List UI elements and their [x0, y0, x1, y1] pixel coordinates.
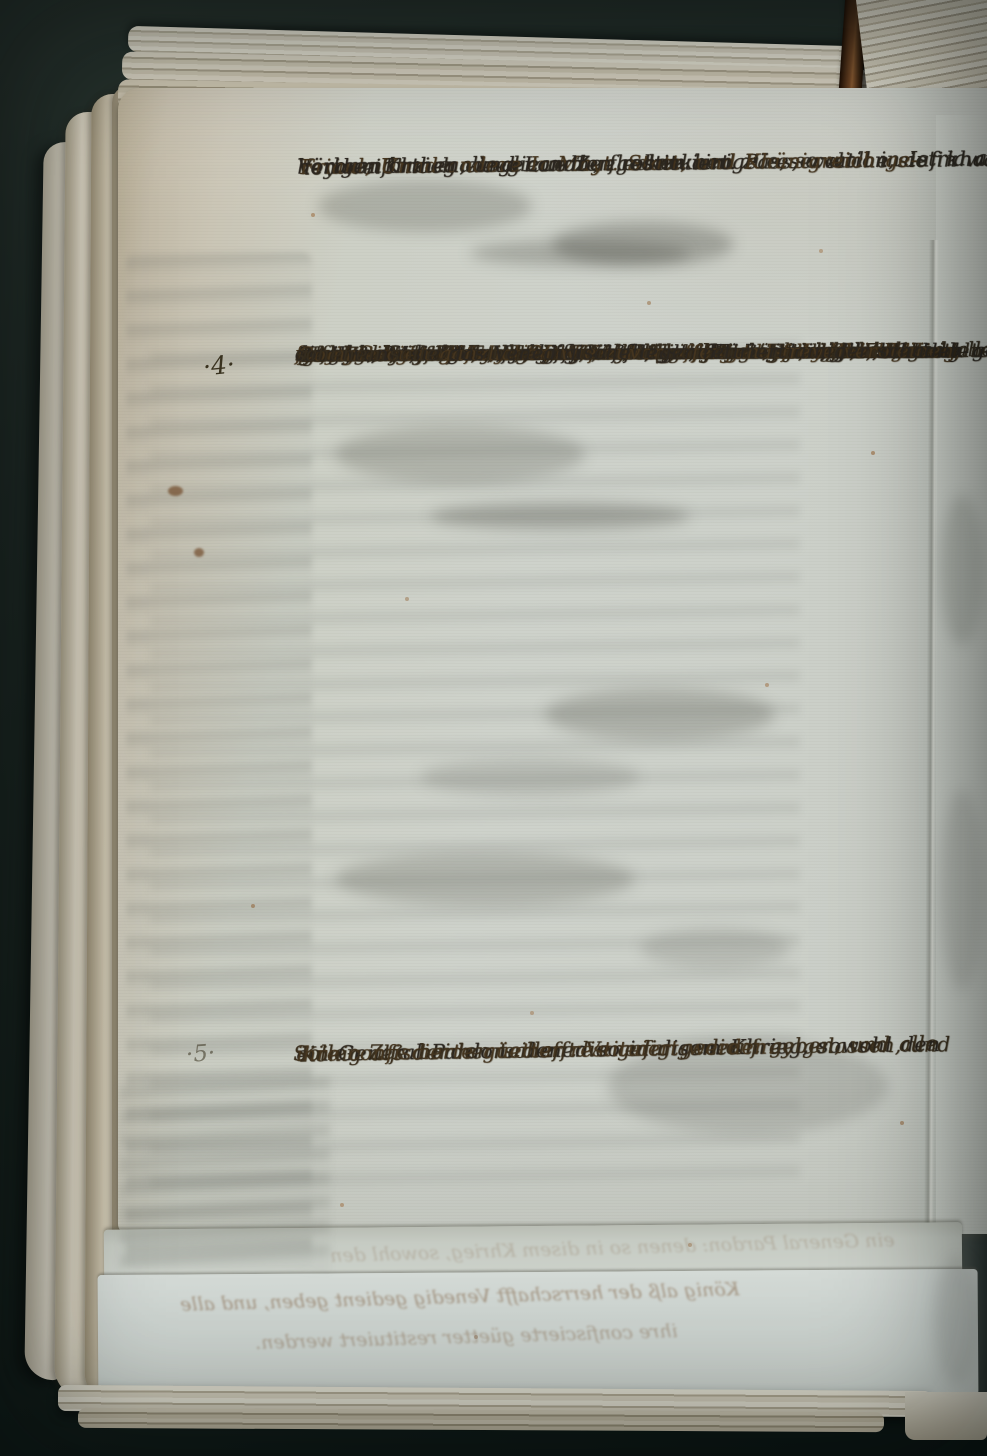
ink-smudge — [470, 240, 690, 266]
ink-smudge — [420, 758, 640, 796]
margin-smudge — [940, 495, 984, 645]
ink-smudge — [640, 928, 790, 968]
ink-smudge — [335, 425, 585, 483]
ink-smudge — [335, 852, 635, 906]
paper-speckles — [0, 0, 2, 2]
margin-smudge — [934, 1255, 980, 1385]
gutter-panel — [936, 115, 987, 1400]
right-page-bottom-edge — [905, 1392, 987, 1440]
ink-smudge — [545, 688, 775, 740]
margin-smudge — [940, 790, 984, 990]
manuscript-line: hörigen orthen, und Landten restituiert. — [297, 145, 736, 185]
manuscript-line: schehen solle, — [295, 337, 445, 370]
margin-number-4: ·4· — [202, 349, 237, 381]
manuscript-photo: ·4· ·5· Verbrendt zue alle die orth, fle… — [0, 0, 987, 1456]
fox-spot — [194, 548, 204, 557]
ink-smudge — [430, 502, 690, 530]
fox-spot — [168, 486, 183, 496]
verso-showthrough-lower — [120, 1075, 330, 1270]
page-edge-bottom-2 — [78, 1408, 884, 1432]
ink-smudge — [318, 180, 532, 232]
margin-number-5: ·5· — [185, 1040, 216, 1068]
